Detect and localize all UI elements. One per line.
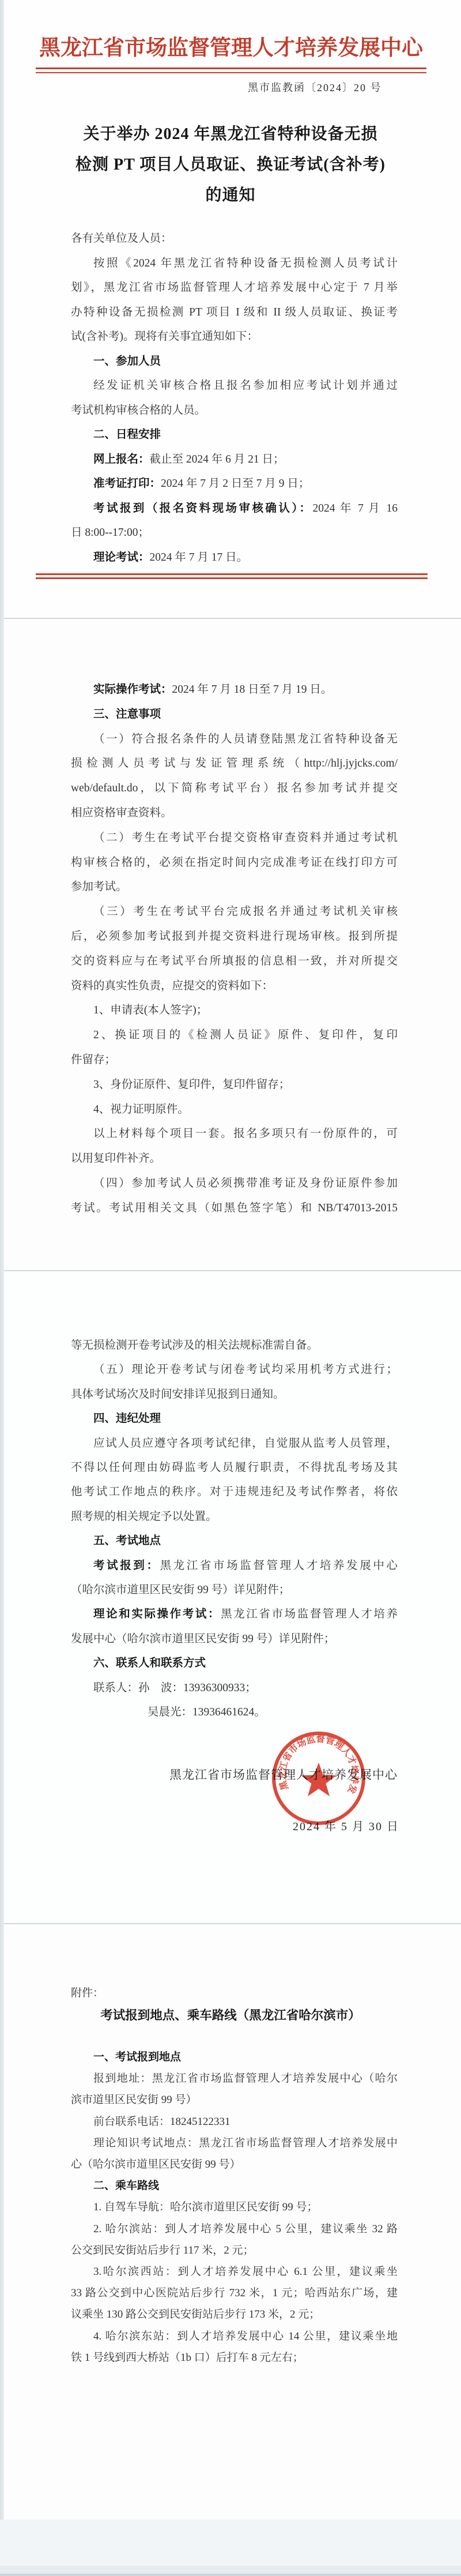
page-join (0, 618, 461, 619)
doc-line: 考试报到：黑龙江省市场监督管理人才培养发展中心 (71, 1554, 398, 1578)
line-text: 一、考试报到地点 (93, 2051, 181, 2063)
line-text: （二）考生在考试平台提交资格审查资料并通过考试机 (93, 832, 398, 844)
doc-line: 公交到民安街站后步行 117 米，2 元； (71, 2240, 398, 2261)
line-text: 吴晨光：13936461624。 (148, 1706, 266, 1718)
doc-line: 心（哈尔滨市道里区民安街 99 号） (71, 2154, 398, 2175)
doc-line: （哈尔滨市道里区民安街 99 号）详见附件； (71, 1578, 398, 1602)
doc-line: 一、考试报到地点 (71, 2046, 398, 2068)
doc-line: 一、参加人员 (71, 350, 398, 374)
line-text: 资料的真实性负责，应提交的资料如下： (71, 980, 273, 992)
line-text: 2024 年 7 月 18 日至 7 月 19 日。 (172, 684, 332, 696)
doc-line: 报到地址：黑龙江省市场监督管理人才培养发展中心（哈尔 (71, 2068, 398, 2089)
line-text: 2024 年 7 月 17 日。 (150, 551, 248, 564)
doc-line: 件留存； (71, 1048, 398, 1073)
line-lead: 考试报到（报名资料现场审核确认）： (93, 502, 313, 515)
header-rule-top (36, 67, 426, 69)
line-text: 二、日程安排 (93, 429, 161, 441)
notice-title: 关于举办 2024 年黑龙江省特种设备无损 检测 PT 项目人员取证、换证考试(… (46, 119, 415, 211)
notice-title-line-1: 关于举办 2024 年黑龙江省特种设备无损 (46, 119, 415, 149)
doc-line: 试(含补考)。现将有关事宜通知如下： (71, 325, 398, 350)
doc-line: 后，必须参加考试报到并提交资料进行现场审核。报到所提 (71, 925, 398, 949)
doc-line: 划》，黑龙江省市场监督管理人才培养发展中心定于 7 月举 (71, 276, 398, 301)
line-text: 件留存； (71, 1054, 116, 1066)
line-text: 具体考试场次及时间安排详见报到日通知。 (71, 1388, 285, 1400)
header-rule-bottom (36, 72, 426, 73)
line-text: 等无损检测开卷考试涉及的相关法规标准需自备。 (71, 1339, 318, 1351)
doc-line: 理论和实际操作考试：黑龙江省市场监督管理人才培养 (71, 1602, 398, 1627)
footer-rule-bottom (36, 577, 428, 579)
doc-line: 按照《2024 年黑龙江省特种设备无损检测人员考试计 (71, 251, 398, 276)
attachment-label: 附件： (71, 1984, 104, 2000)
page2-body: 实际操作考试：2024 年 7 月 18 日至 7 月 19 日。三、注意事项（… (71, 678, 398, 1221)
line-text: 办特种设备无损检测 PT 项目 I 级和 II 级人员取证、换证考 (71, 306, 398, 318)
doc-line: 考试报到（报名资料现场审核确认）：2024 年 7 月 16 (71, 497, 398, 521)
line-text: 公交到民安街站后步行 117 米，2 元； (71, 2244, 254, 2256)
line-text: 后，必须参加考试报到并提交资料进行现场审核。报到所提 (71, 930, 398, 942)
line-text: 不得以任何理由妨碍监考人员履行职责，不得扰乱考场及其 (71, 1462, 398, 1474)
doc-line: 日 8:00--17:00； (71, 521, 398, 546)
line-text: web/default.do，以下简称考试平台）报名参加考试并提交 (71, 782, 398, 794)
line-text: 试(含补考)。现将有关事宜通知如下： (71, 331, 258, 343)
line-text: 以用复印件补齐。 (71, 1152, 161, 1165)
doc-line: 滨市道里区民安街 99 号） (71, 2089, 398, 2111)
line-text: 33 路公交到中心医院站后步行 732 米，1 元；哈西站东广场，建 (71, 2287, 398, 2299)
doc-line: 发展中心（哈尔滨市道里区民安街 99 号）详见附件； (71, 1627, 398, 1651)
line-text: 六、联系人和联系方式 (93, 1657, 206, 1669)
doc-line: 不得以任何理由妨碍监考人员履行职责，不得扰乱考场及其 (71, 1456, 398, 1480)
line-text: 2. 哈尔滨站：到人才培养发展中心 5 公里，建议乘坐 32 路 (93, 2223, 398, 2235)
doc-line: 他考试工作地点的秩序。对于违规违纪及考试作弊者，将依 (71, 1480, 398, 1504)
line-text: 各有关单位及人员： (71, 232, 172, 245)
line-text: 联系人：孙 波：13936300933； (93, 1682, 256, 1694)
doc-line: 3、身份证原件、复印件，复印件留存； (71, 1073, 398, 1098)
line-text: （一）符合报名条件的人员请登陆黑龙江省特种设备无 (93, 733, 398, 745)
line-text: （哈尔滨市道里区民安街 99 号）详见附件； (71, 1584, 290, 1596)
line-text: （三）考生在考试平台完成报名并通过考试机关审核 (93, 906, 398, 918)
line-text: 黑龙江省市场监督管理人才培养 (221, 1608, 398, 1620)
doc-line: 议乘坐 130 路公交到民安街站后步行 173 米，2 元； (71, 2304, 398, 2325)
doc-line: 等无损检测开卷考试涉及的相关法规标准需自备。 (71, 1334, 398, 1358)
line-text: 二、乘车路线 (93, 2180, 159, 2192)
doc-line: 损检测人员考试与发证管理系统（http://hlj.jyjcks.com/ (71, 752, 398, 776)
line-lead: 理论和实际操作考试： (93, 1608, 221, 1620)
seal-star (301, 1763, 337, 1797)
line-text: 心（哈尔滨市道里区民安街 99 号） (71, 2158, 241, 2171)
doc-line: 交的资料应与在考试平台所填报的信息相一致，并对所提交 (71, 949, 398, 974)
doc-line: 33 路公交到中心医院站后步行 732 米，1 元；哈西站东广场，建 (71, 2282, 398, 2304)
doc-line: 1、申请表(本人签字)； (71, 998, 398, 1023)
doc-line: 经发证机关审核合格且报名参加相应考试计划并通过 (71, 374, 398, 399)
doc-line: 二、乘车路线 (71, 2175, 398, 2196)
line-text: 黑龙江省市场监督管理人才培养发展中心 (160, 1560, 398, 1572)
doc-line: 2、换证项目的《检测人员证》原件、复印件，复印 (71, 1023, 398, 1048)
page-join (0, 1270, 461, 1271)
doc-line: 以用复印件补齐。 (71, 1147, 398, 1171)
line-text: 2、换证项目的《检测人员证》原件、复印件，复印 (93, 1029, 398, 1041)
line-lead: 准考证打印： (93, 478, 161, 490)
line-lead: 实际操作考试： (93, 684, 172, 696)
line-lead: 网上报名： (93, 453, 150, 465)
line-text: 划》，黑龙江省市场监督管理人才培养发展中心定于 7 月举 (71, 281, 398, 294)
line-text: 交的资料应与在考试平台所填报的信息相一致，并对所提交 (71, 955, 398, 967)
line-text: 报到地址：黑龙江省市场监督管理人才培养发展中心（哈尔 (93, 2072, 398, 2085)
page1-body: 各有关单位及人员：按照《2024 年黑龙江省特种设备无损检测人员考试计划》，黑龙… (71, 227, 398, 570)
notice-title-line-3: 的通知 (46, 180, 415, 211)
line-text: 按照《2024 年黑龙江省特种设备无损检测人员考试计 (93, 257, 398, 269)
doc-number: 黑市监教函〔2024〕20 号 (248, 80, 382, 95)
doc-line: 资料的真实性负责，应提交的资料如下： (71, 974, 398, 999)
line-text: 一、参加人员 (93, 355, 161, 367)
doc-line: 4. 哈尔滨东站：到人才培养发展中心 14 公里，建议乘坐地 (71, 2326, 398, 2347)
doc-line: 联系人：孙 波：13936300933； (71, 1676, 398, 1700)
line-text: 截止至 2024 年 6 月 21 日； (150, 453, 285, 465)
line-lead: 考试报到： (93, 1560, 160, 1572)
doc-line: 考试机构审核合格的人员。 (71, 399, 398, 423)
doc-line: 五、考试地点 (71, 1529, 398, 1553)
doc-line: 各有关单位及人员： (71, 227, 398, 251)
doc-line: 六、联系人和联系方式 (71, 1651, 398, 1676)
doc-line: 理论考试：2024 年 7 月 17 日。 (71, 546, 398, 570)
line-text: 应试人员应遵守各项考试纪律，自觉服从监考人员管理， (93, 1437, 398, 1450)
line-text: 相应资格审查资料。 (71, 807, 172, 819)
doc-line: 参加考试。 (71, 875, 398, 900)
line-text: 4. 哈尔滨东站：到人才培养发展中心 14 公里，建议乘坐地 (93, 2330, 398, 2342)
doc-line: 前台联系电话：18245122331 (71, 2111, 398, 2132)
line-text: 理论知识考试地点：黑龙江省市场监督管理人才培养发展中 (93, 2137, 398, 2149)
page3-body: 等无损检测开卷考试涉及的相关法规标准需自备。（五）理论开卷考试与闭卷考试均采用机… (71, 1334, 398, 1725)
line-lead: 理论考试： (93, 551, 150, 564)
doc-line: （四）参加考试人员必须携带准考证及身份证原件参加 (71, 1171, 398, 1196)
doc-line: web/default.do，以下简称考试平台）报名参加考试并提交 (71, 776, 398, 801)
doc-line: 1. 自驾车导航：哈尔滨市道里区民安街 99 号； (71, 2196, 398, 2218)
doc-line: 以上材料每个项目一套。报名多项只有一份原件的，可 (71, 1122, 398, 1147)
line-text: 2024 年 7 月 16 (313, 502, 398, 515)
line-text: 他考试工作地点的秩序。对于违规违纪及考试作弊者，将依 (71, 1486, 398, 1498)
line-text: 参加考试。 (71, 881, 127, 893)
line-text: 日 8:00--17:00； (71, 527, 149, 539)
line-text: 四、违纪处理 (93, 1413, 161, 1425)
line-text: 议乘坐 130 路公交到民安街站后步行 173 米，2 元； (71, 2308, 320, 2320)
doc-line: 实际操作考试：2024 年 7 月 18 日至 7 月 19 日。 (71, 678, 398, 703)
line-text: 3、身份证原件、复印件，复印件留存； (93, 1079, 290, 1091)
doc-line: 办特种设备无损检测 PT 项目 I 级和 II 级人员取证、换证考 (71, 301, 398, 325)
scan-left-edge (0, 0, 4, 2576)
official-seal: 黑龙江省市场监督管理人才培养发展中心 (269, 1729, 368, 1828)
doc-line: 4、视力证明原件。 (71, 1098, 398, 1122)
line-text: 经发证机关审核合格且报名参加相应考试计划并通过 (93, 380, 398, 392)
line-text: 三、注意事项 (93, 708, 161, 720)
line-text: 1. 自驾车导航：哈尔滨市道里区民安街 99 号； (93, 2201, 318, 2213)
line-text: 前台联系电话：18245122331 (93, 2116, 231, 2128)
doc-line: 二、日程安排 (71, 423, 398, 448)
doc-line: 理论知识考试地点：黑龙江省市场监督管理人才培养发展中 (71, 2132, 398, 2154)
attachment-title: 考试报到地点、乘车路线（黑龙江省哈尔滨市） (63, 2006, 398, 2023)
doc-line: （三）考生在考试平台完成报名并通过考试机关审核 (71, 900, 398, 925)
doc-line: 三、注意事项 (71, 703, 398, 727)
doc-line: 2. 哈尔滨站：到人才培养发展中心 5 公里，建议乘坐 32 路 (71, 2218, 398, 2240)
doc-line: 应试人员应遵守各项考试纪律，自觉服从监考人员管理， (71, 1432, 398, 1456)
doc-line: 吴晨光：13936461624。 (71, 1700, 398, 1725)
line-text: 1、申请表(本人签字)； (93, 1004, 207, 1016)
line-text: 发展中心（哈尔滨市道里区民安街 99 号）详见附件； (71, 1633, 335, 1645)
line-text: 2024 年 7 月 2 日至 7 月 9 日； (161, 478, 309, 490)
scan-bottom-edge (0, 2574, 461, 2576)
line-text: 五、考试地点 (93, 1535, 161, 1547)
line-text: 照考规的相关规定予以处置。 (71, 1511, 217, 1523)
line-text: 构审核合格的，必须在指定时间内完成准考证在线打印方可 (71, 857, 398, 869)
line-text: 滨市道里区民安街 99 号） (71, 2094, 197, 2106)
line-text: （五）理论开卷考试与闭卷考试均采用机考方式进行； (93, 1364, 398, 1376)
page-join (0, 1923, 461, 1924)
doc-line: 考试。考试用相关文具（如黑色签字笔）和 NB/T47013-2015 (71, 1196, 398, 1221)
line-text: 3.哈尔滨西站：到人才培养发展中心 6.1 公里，建议乘坐 (93, 2266, 398, 2278)
doc-line: （一）符合报名条件的人员请登陆黑龙江省特种设备无 (71, 727, 398, 752)
line-text: （四）参加考试人员必须携带准考证及身份证原件参加 (93, 1177, 398, 1189)
line-text: 4、视力证明原件。 (93, 1103, 189, 1116)
notice-title-line-2: 检测 PT 项目人员取证、换证考试(含补考) (46, 149, 415, 180)
doc-line: 具体考试场次及时间安排详见报到日通知。 (71, 1383, 398, 1407)
doc-line: 照考规的相关规定予以处置。 (71, 1505, 398, 1529)
doc-line: 准考证打印：2024 年 7 月 2 日至 7 月 9 日； (71, 472, 398, 497)
doc-line: 网上报名：截止至 2024 年 6 月 21 日； (71, 448, 398, 472)
line-text: 以上材料每个项目一套。报名多项只有一份原件的，可 (93, 1128, 398, 1140)
doc-line: 铁 1 号线到西大桥站（1b 口）后打车 8 元左右； (71, 2347, 398, 2368)
line-text: 考试。考试用相关文具（如黑色签字笔）和 NB/T47013-2015 (71, 1202, 398, 1214)
letterhead-title: 黑龙江省市场监督管理人才培养发展中心 (36, 30, 426, 61)
page4-body: 一、考试报到地点报到地址：黑龙江省市场监督管理人才培养发展中心（哈尔滨市道里区民… (71, 2046, 398, 2368)
doc-line: 3.哈尔滨西站：到人才培养发展中心 6.1 公里，建议乘坐 (71, 2261, 398, 2282)
doc-line: （二）考生在考试平台提交资格审查资料并通过考试机 (71, 826, 398, 851)
doc-line: 构审核合格的，必须在指定时间内完成准考证在线打印方可 (71, 851, 398, 876)
doc-line: （五）理论开卷考试与闭卷考试均采用机考方式进行； (71, 1358, 398, 1382)
line-text: 损检测人员考试与发证管理系统（http://hlj.jyjcks.com/ (71, 757, 398, 769)
footer-rule-top (36, 573, 428, 575)
doc-line: 相应资格审查资料。 (71, 801, 398, 826)
line-text: 考试机构审核合格的人员。 (71, 404, 206, 416)
doc-line: 四、违纪处理 (71, 1407, 398, 1431)
line-text: 铁 1 号线到西大桥站（1b 口）后打车 8 元左右； (71, 2352, 304, 2364)
